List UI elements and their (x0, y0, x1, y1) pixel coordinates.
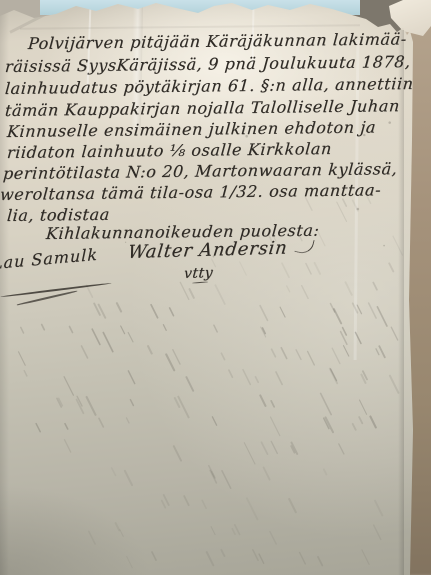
manuscript-line: lia, todistaa (6, 205, 110, 225)
document-photo: Polvijärven pitäjään Käräjäkunnan lakimä… (0, 0, 431, 575)
clerk-signature-title: vtty (183, 265, 213, 282)
manuscript-page: Polvijärven pitäjään Käräjäkunnan lakimä… (0, 0, 431, 575)
manuscript-line: riidaton lainhuuto ⅛ osalle Kirkkolan (6, 139, 332, 162)
